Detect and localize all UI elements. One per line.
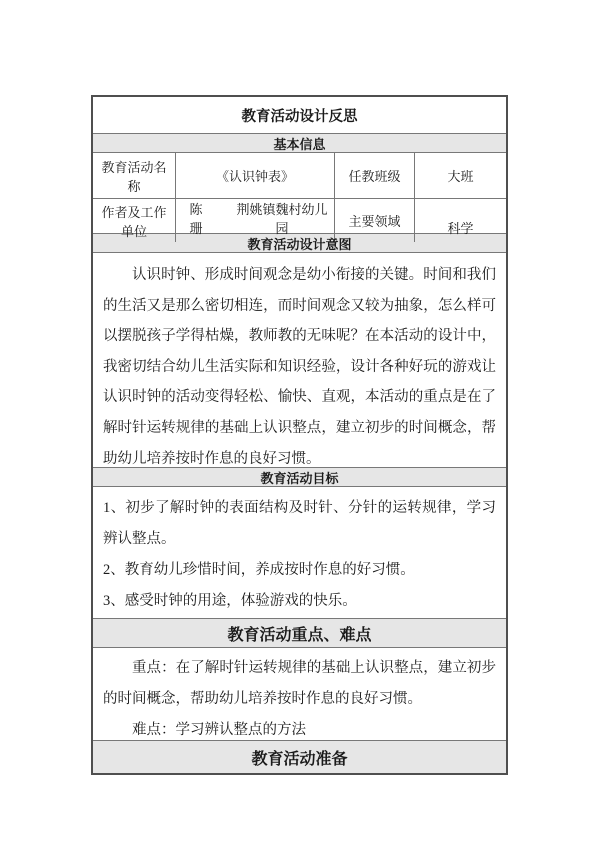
section-header-key-points: 教育活动重点、难点 [93, 619, 506, 648]
key-points-body: 重点：在了解时针运转规律的基础上认识整点，建立初步的时间概念，帮助幼儿培养按时作… [93, 648, 506, 741]
key-point-focus: 重点：在了解时针运转规律的基础上认识整点，建立初步的时间概念，帮助幼儿培养按时作… [103, 653, 496, 715]
goal-item-1: 1、初步了解时钟的表面结构及时针、分针的运转规律，学习辨认整点。 [103, 493, 496, 555]
field-label-author-unit: 作者及工作单位 [93, 199, 176, 242]
author-workplace: 荆姚镇魏村幼儿园 [234, 199, 330, 237]
field-value-activity-name: 《认识钟表》 [176, 153, 335, 198]
basic-info-row-author: 作者及工作单位 陈珊 荆姚镇魏村幼儿园 主要领域 科学 [93, 199, 506, 234]
field-label-class: 任教班级 [335, 153, 415, 198]
goal-item-3: 3、感受时钟的用途，体验游戏的快乐。 [103, 586, 496, 617]
field-label-activity-name: 教育活动名称 [93, 153, 176, 198]
basic-info-row-activity: 教育活动名称 《认识钟表》 任教班级 大班 [93, 153, 506, 199]
section-header-basic-info: 基本信息 [93, 134, 506, 153]
design-intent-paragraph: 认识时钟、形成时间观念是幼小衔接的关键。时间和我们的生活又是那么密切相连，而时间… [103, 260, 496, 474]
goals-body: 1、初步了解时钟的表面结构及时针、分针的运转规律，学习辨认整点。 2、教育幼儿珍… [93, 487, 506, 619]
doc-title: 教育活动设计反思 [93, 97, 506, 134]
field-value-domain: 科学 [415, 199, 506, 242]
field-value-class: 大班 [415, 153, 506, 198]
author-name: 陈珊 [184, 199, 208, 237]
lesson-plan-table: 教育活动设计反思 基本信息 教育活动名称 《认识钟表》 任教班级 大班 作者及工… [91, 95, 508, 775]
goal-item-2: 2、教育幼儿珍惜时间，养成按时作息的好习惯。 [103, 555, 496, 586]
design-intent-body: 认识时钟、形成时间观念是幼小衔接的关键。时间和我们的生活又是那么密切相连，而时间… [93, 253, 506, 468]
